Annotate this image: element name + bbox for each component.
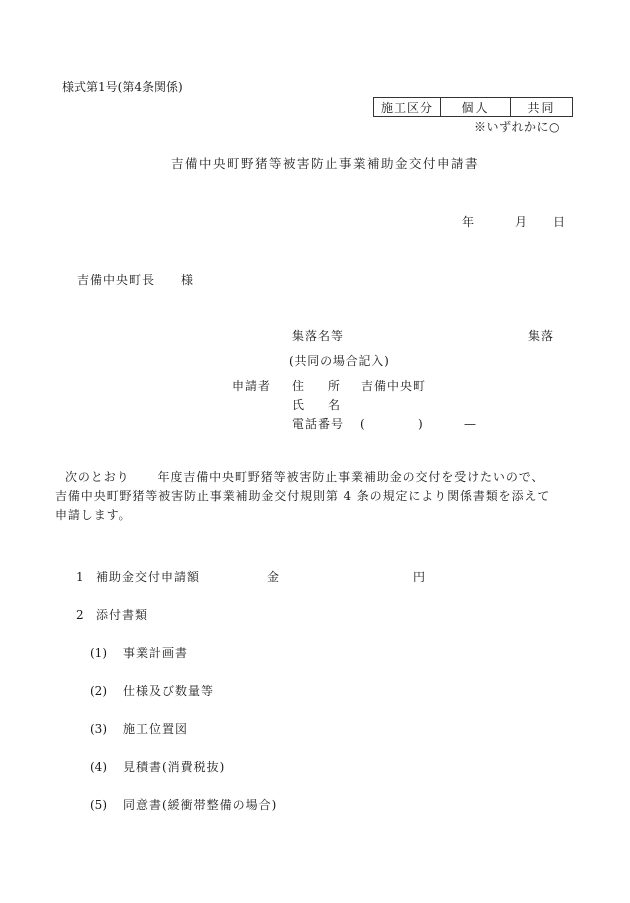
date-year: 年 [462, 215, 474, 229]
phone-open-paren: ( [360, 417, 365, 431]
attachment-1-number: (1) [90, 646, 107, 660]
attachment-2-label: 仕様及び数量等 [123, 684, 214, 698]
attachment-5-label: 同意書(緩衝帯整備の場合) [123, 798, 277, 812]
document-title: 吉備中央町野猪等被害防止事業補助金交付申請書 [171, 157, 479, 171]
phone-label: 電話番号 [292, 417, 344, 431]
name-label: 氏 名 [292, 398, 340, 412]
section-1-prefix: 金 [267, 570, 279, 584]
phone-close-paren: ) [418, 417, 423, 431]
section-1-number: 1 [76, 570, 84, 584]
construction-type-table: 施工区分 個人 共同 [373, 97, 573, 117]
attachment-2-number: (2) [90, 684, 107, 698]
village-label: 集落名等 [292, 329, 344, 343]
phone-dash: — [464, 417, 476, 431]
date-day: 日 [553, 215, 565, 229]
body-line2: 吉備中央町野猪等被害防止事業補助金交付規則第 4 条の規定により関係書類を添えて [55, 487, 575, 506]
attachment-1-label: 事業計画書 [123, 646, 188, 660]
date-month: 月 [515, 215, 527, 229]
addressee-name: 吉備中央町長 [77, 273, 155, 287]
village-suffix: 集落 [528, 329, 554, 343]
attachment-4-label: 見積書(消費税抜) [123, 760, 225, 774]
address-label: 住 所 [292, 379, 340, 393]
joint-note: (共同の場合記入) [289, 354, 390, 368]
section-1-label: 補助金交付申請額 [96, 570, 200, 584]
option-individual[interactable]: 個人 [441, 98, 511, 116]
section-1-suffix: 円 [413, 570, 425, 584]
construction-type-label: 施工区分 [374, 98, 441, 116]
body-line1-b: 年度吉備中央町野猪等被害防止事業補助金の交付を受けたいので、 [158, 470, 545, 484]
section-2-number: 2 [76, 608, 84, 622]
body-line3: 申請します。 [55, 506, 575, 525]
attachment-5-number: (5) [90, 798, 107, 812]
construction-type-note: ※いずれかに○ [474, 120, 560, 134]
attachment-4-number: (4) [90, 760, 107, 774]
form-number: 様式第1号(第4条関係) [62, 80, 183, 94]
section-2-label: 添付書類 [96, 608, 148, 622]
address-value: 吉備中央町 [361, 379, 426, 393]
body-line1-a: 次のとおり [65, 470, 130, 484]
body-paragraph: 次のとおり年度吉備中央町野猪等被害防止事業補助金の交付を受けたいので、 吉備中央… [55, 468, 575, 525]
addressee-honorific: 様 [181, 273, 193, 287]
applicant-label: 申請者 [232, 379, 271, 393]
attachment-3-label: 施工位置図 [123, 722, 188, 736]
attachment-3-number: (3) [90, 722, 107, 736]
option-joint[interactable]: 共同 [511, 98, 572, 116]
